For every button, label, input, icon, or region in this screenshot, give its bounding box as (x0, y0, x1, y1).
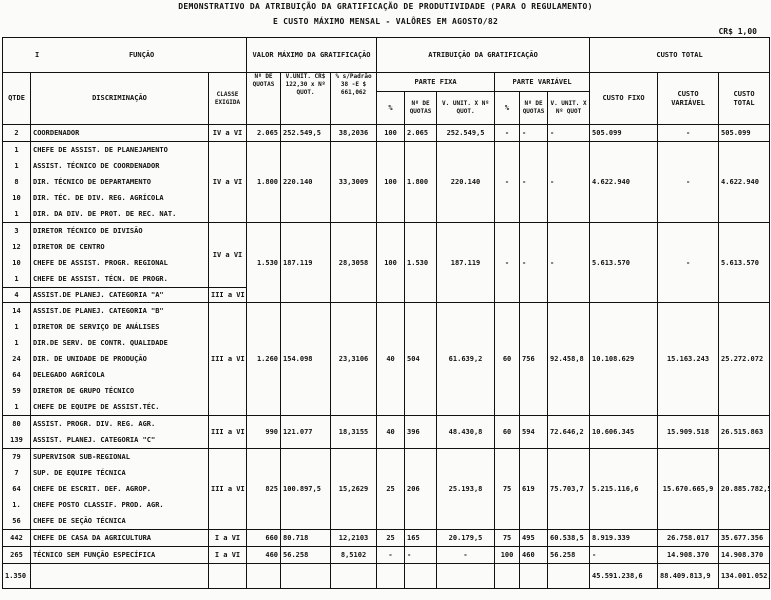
document-subtitle: E CUSTO MÁXIMO MENSAL - VALÔRES EM AGOST… (0, 17, 771, 26)
discriminacao-cell: CHEFE DE ASSIST. DE PLANEJAMENTOASSIST. … (31, 142, 209, 223)
qtde-value: 79 (5, 449, 28, 465)
header-pf-vunit: V. UNIT. X Nº QUOT. (437, 92, 495, 125)
table-header: I FUNÇÃO VALOR MÁXIMO DA GRATIFICAÇÃO AT… (3, 38, 770, 125)
pf-vunit-cell: 252.549,5 (437, 125, 495, 142)
pv-pct-cell: 100 (495, 547, 520, 564)
pct-cell: 33,3009 (331, 142, 377, 223)
discriminacao-cell: TÉCNICO SEM FUNÇÃO ESPECÍFICA (31, 547, 209, 564)
total-qtde: 1.350 (3, 564, 31, 589)
custo-fixo-cell: 5.613.570 (590, 223, 658, 303)
function-name: DIR. DA DIV. DE PROT. DE REC. NAT. (33, 206, 206, 222)
header-funcao-label: FUNÇÃO (129, 51, 154, 59)
header-discriminacao: DISCRIMINAÇÃO (31, 73, 209, 125)
discriminacao-cell: CHEFE DE CASA DA AGRICULTURA (31, 530, 209, 547)
empty-cell (331, 564, 377, 589)
function-name: SUPERVISOR SUB-REGIONAL (33, 449, 206, 465)
function-name: DIRETOR DE CENTRO (33, 239, 206, 255)
table-row: 14112464591ASSIST.DE PLANEJ. CATEGORIA "… (3, 303, 770, 416)
document-title: DEMONSTRATIVO DA ATRIBUIÇÃO DA GRATIFICA… (0, 2, 771, 11)
sub-classe-cell: III a VI (209, 288, 247, 303)
pf-pct-cell: 100 (377, 223, 405, 303)
function-name: DIR. DE UNIDADE DE PRODUÇÃO (33, 351, 206, 367)
pv-vunit-cell: 92.458,8 (548, 303, 590, 416)
header-n-quotas: Nº DE QUOTAS (247, 73, 281, 125)
qtde-value: 80 (5, 416, 28, 432)
vunit-cell: 56.258 (281, 547, 331, 564)
custo-var-cell: - (658, 223, 719, 303)
custo-total-cell: 5.613.570 (719, 223, 770, 303)
header-pf-pct: % (377, 92, 405, 125)
pf-pct-cell: 25 (377, 449, 405, 530)
pf-vunit-cell: 61.639,2 (437, 303, 495, 416)
table-row: 80139ASSIST. PROGR. DIV. REG. AGR.ASSIST… (3, 416, 770, 449)
qtde-value: 3 (5, 223, 28, 239)
totals-row: 1.35045.591.238,688.409.813,9134.001.052… (3, 564, 770, 589)
pct-cell: 8,5102 (331, 547, 377, 564)
pf-quotas-cell: 206 (405, 449, 437, 530)
empty-cell (31, 564, 209, 589)
pv-quotas-cell: - (520, 142, 548, 223)
pct-cell: 12,2103 (331, 530, 377, 547)
pf-quotas-cell: 1.530 (405, 223, 437, 303)
pv-vunit-cell: 56.258 (548, 547, 590, 564)
custo-total-cell: 25.272.072 (719, 303, 770, 416)
function-name: DIR.DE SERV. DE CONTR. QUALIDADE (33, 335, 206, 351)
vunit-cell: 121.077 (281, 416, 331, 449)
function-name: ASSIST. TÉCNICO DE COORDENADOR (33, 158, 206, 174)
vunit-cell: 220.140 (281, 142, 331, 223)
header-pct-padrao: % s/Padrão 38 -E $ 661,062 (331, 73, 377, 125)
header-custo-total: CUSTO TOTAL (719, 73, 770, 125)
qtde-cell: 312101 (3, 223, 31, 288)
pct-cell: 28,3058 (331, 223, 377, 303)
table-row: 797641.56SUPERVISOR SUB-REGIONALSUP. DE … (3, 449, 770, 530)
pf-vunit-cell: 187.119 (437, 223, 495, 303)
custo-total-cell: 26.515.863 (719, 416, 770, 449)
function-name: DIR. TÉC. DE DIV. REG. AGRÍCOLA (33, 190, 206, 206)
qtde-value: 7 (5, 465, 28, 481)
function-name: DIR. TÉCNICO DE DEPARTAMENTO (33, 174, 206, 190)
function-name: CHEFE DE ASSIST. PROGR. REGIONAL (33, 255, 206, 271)
qtde-value: 1 (5, 319, 28, 335)
pct-cell: 38,2036 (331, 125, 377, 142)
custo-var-cell: 26.758.017 (658, 530, 719, 547)
vunit-cell: 187.119 (281, 223, 331, 303)
qtde-value: 12 (5, 239, 28, 255)
pf-pct-cell: 40 (377, 303, 405, 416)
header-classe: CLASSE EXIGIDA (209, 73, 247, 125)
custo-var-cell: 14.908.370 (658, 547, 719, 564)
qtde-value: 56 (5, 513, 28, 529)
quotas-cell: 1.800 (247, 142, 281, 223)
custo-var-cell: - (658, 142, 719, 223)
qtde-cell: 80139 (3, 416, 31, 449)
qtde-cell: 2 (3, 125, 31, 142)
header-atribuicao: ATRIBUIÇÃO DA GRATIFICAÇÃO (377, 38, 590, 73)
header-v-unit: V.UNIT. CR$ 122,30 x Nº QUOT. (281, 73, 331, 125)
custo-var-cell: - (658, 125, 719, 142)
function-name: CHEFE DE EQUIPE DE ASSIST.TÉC. (33, 399, 206, 415)
custo-var-cell: 15.163.243 (658, 303, 719, 416)
pf-vunit-cell: 20.179,5 (437, 530, 495, 547)
quotas-cell: 1.260 (247, 303, 281, 416)
custo-total-cell: 505.099 (719, 125, 770, 142)
custo-fixo-cell: 8.919.339 (590, 530, 658, 547)
function-name: CHEFE DE ASSIST. DE PLANEJAMENTO (33, 142, 206, 158)
pct-cell: 18,3155 (331, 416, 377, 449)
discriminacao-cell: ASSIST. PROGR. DIV. REG. AGR.ASSIST. PLA… (31, 416, 209, 449)
function-name: CHEFE POSTO CLASSIF. PROD. AGR. (33, 497, 206, 513)
pv-vunit-cell: 75.703,7 (548, 449, 590, 530)
custo-total-cell: 14.908.370 (719, 547, 770, 564)
function-name: SUP. DE EQUIPE TÉCNICA (33, 465, 206, 481)
empty-cell (281, 564, 331, 589)
function-name: DELEGADO AGRÍCOLA (33, 367, 206, 383)
header-valor-maximo: VALOR MÁXIMO DA GRATIFICAÇÃO (247, 38, 377, 73)
pf-pct-cell: 100 (377, 142, 405, 223)
pv-vunit-cell: 72.646,2 (548, 416, 590, 449)
qtde-value: 10 (5, 190, 28, 206)
qtde-cell: 265 (3, 547, 31, 564)
vunit-cell: 154.098 (281, 303, 331, 416)
qtde-value: 14 (5, 303, 28, 319)
classe-cell: III a VI (209, 303, 247, 416)
pv-vunit-cell: - (548, 125, 590, 142)
custo-fixo-cell: - (590, 547, 658, 564)
total-custo-fixo: 45.591.238,6 (590, 564, 658, 589)
quotas-cell: 825 (247, 449, 281, 530)
total-custo-total: 134.001.052,5 (719, 564, 770, 589)
table-body: 2COORDENADORIV a VI2.065252.549,538,2036… (3, 125, 770, 589)
sub-qtde-cell: 4 (3, 288, 31, 303)
qtde-value: 24 (5, 351, 28, 367)
pf-quotas-cell: - (405, 547, 437, 564)
pv-pct-cell: - (495, 142, 520, 223)
custo-total-cell: 35.677.356 (719, 530, 770, 547)
classe-cell: III a VI (209, 416, 247, 449)
discriminacao-cell: SUPERVISOR SUB-REGIONALSUP. DE EQUIPE TÉ… (31, 449, 209, 530)
pv-pct-cell: 60 (495, 303, 520, 416)
custo-total-cell: 4.622.940 (719, 142, 770, 223)
qtde-value: 2 (5, 125, 28, 141)
currency-unit: CR$ 1,00 (718, 27, 757, 36)
pv-quotas-cell: - (520, 125, 548, 142)
pv-quotas-cell: 460 (520, 547, 548, 564)
table-row: 118101CHEFE DE ASSIST. DE PLANEJAMENTOAS… (3, 142, 770, 223)
quotas-cell: 990 (247, 416, 281, 449)
pf-quotas-cell: 504 (405, 303, 437, 416)
function-name: CHEFE DE CASA DA AGRICULTURA (33, 530, 206, 546)
qtde-value: 1 (5, 399, 28, 415)
pf-pct-cell: 40 (377, 416, 405, 449)
table-row: 2COORDENADORIV a VI2.065252.549,538,2036… (3, 125, 770, 142)
empty-cell (437, 564, 495, 589)
classe-cell: I a VI (209, 530, 247, 547)
sub-disc-cell: ASSIST.DE PLANEJ. CATEGORIA "A" (31, 288, 209, 303)
gratification-table: I FUNÇÃO VALOR MÁXIMO DA GRATIFICAÇÃO AT… (2, 37, 770, 589)
header-pv-pct: % (495, 92, 520, 125)
header-parte-fixa: PARTE FIXA (377, 73, 495, 92)
qtde-cell: 797641.56 (3, 449, 31, 530)
qtde-value: 265 (5, 547, 28, 563)
qtde-value: 10 (5, 255, 28, 271)
pv-pct-cell: - (495, 223, 520, 303)
qtde-value: 442 (5, 530, 28, 546)
qtde-value: 1 (5, 158, 28, 174)
pf-vunit-cell: 48.430,8 (437, 416, 495, 449)
pf-quotas-cell: 1.800 (405, 142, 437, 223)
pv-pct-cell: 75 (495, 530, 520, 547)
custo-var-cell: 15.670.665,9 (658, 449, 719, 530)
pv-quotas-cell: 594 (520, 416, 548, 449)
quotas-cell: 660 (247, 530, 281, 547)
classe-cell: IV a VI (209, 125, 247, 142)
function-name: DIRETOR TÉCNICO DE DIVISÃO (33, 223, 206, 239)
function-name: DIRETOR DE GRUPO TÉCNICO (33, 383, 206, 399)
empty-cell (405, 564, 437, 589)
classe-cell: I a VI (209, 547, 247, 564)
pf-vunit-cell: 25.193,8 (437, 449, 495, 530)
pv-pct-cell: - (495, 125, 520, 142)
custo-fixo-cell: 5.215.116,6 (590, 449, 658, 530)
total-custo-variavel: 88.409.813,9 (658, 564, 719, 589)
qtde-value: 8 (5, 174, 28, 190)
qtde-value: 139 (5, 432, 28, 448)
pv-quotas-cell: 756 (520, 303, 548, 416)
qtde-value: 1 (5, 335, 28, 351)
pf-pct-cell: 100 (377, 125, 405, 142)
custo-total-cell: 20.885.782,5 (719, 449, 770, 530)
pf-pct-cell: 25 (377, 530, 405, 547)
pf-quotas-cell: 2.065 (405, 125, 437, 142)
qtde-value: 1. (5, 497, 28, 513)
header-mark: I (35, 51, 39, 60)
function-name: DIRETOR DE SERVIÇO DE ANÁLISES (33, 319, 206, 335)
function-name: ASSIST. PROGR. DIV. REG. AGR. (33, 416, 206, 432)
qtde-cell: 14112464591 (3, 303, 31, 416)
vunit-cell: 252.549,5 (281, 125, 331, 142)
discriminacao-cell: COORDENADOR (31, 125, 209, 142)
function-name: ASSIST. PLANEJ. CATEGORIA "C" (33, 432, 206, 448)
pv-quotas-cell: 619 (520, 449, 548, 530)
pv-vunit-cell: - (548, 223, 590, 303)
quotas-cell: 1.530 (247, 223, 281, 303)
custo-fixo-cell: 4.622.940 (590, 142, 658, 223)
function-name: TÉCNICO SEM FUNÇÃO ESPECÍFICA (33, 547, 206, 563)
pv-quotas-cell: - (520, 223, 548, 303)
custo-var-cell: 15.909.518 (658, 416, 719, 449)
pv-pct-cell: 60 (495, 416, 520, 449)
qtde-value: 1 (5, 206, 28, 222)
pf-quotas-cell: 165 (405, 530, 437, 547)
qtde-cell: 118101 (3, 142, 31, 223)
quotas-cell: 460 (247, 547, 281, 564)
table-row: 312101DIRETOR TÉCNICO DE DIVISÃODIRETOR … (3, 223, 770, 288)
pf-pct-cell: - (377, 547, 405, 564)
header-custo-fixo: CUSTO FIXO (590, 73, 658, 125)
header-pf-quotas: Nº DE QUOTAS (405, 92, 437, 125)
pv-quotas-cell: 495 (520, 530, 548, 547)
empty-cell (377, 564, 405, 589)
empty-cell (520, 564, 548, 589)
discriminacao-cell: DIRETOR TÉCNICO DE DIVISÃODIRETOR DE CEN… (31, 223, 209, 288)
table-row: 265TÉCNICO SEM FUNÇÃO ESPECÍFICAI a VI46… (3, 547, 770, 564)
header-qtde: QTDE (3, 73, 31, 125)
function-name: CHEFE DE ASSIST. TÉCN. DE PROGR. (33, 271, 206, 287)
discriminacao-cell: ASSIST.DE PLANEJ. CATEGORIA "B"DIRETOR D… (31, 303, 209, 416)
empty-cell (495, 564, 520, 589)
pv-pct-cell: 75 (495, 449, 520, 530)
table-row: 442CHEFE DE CASA DA AGRICULTURAI a VI660… (3, 530, 770, 547)
empty-cell (209, 564, 247, 589)
pf-vunit-cell: 220.140 (437, 142, 495, 223)
pf-vunit-cell: - (437, 547, 495, 564)
quotas-cell: 2.065 (247, 125, 281, 142)
function-name: CHEFE DE ESCRIT. DEF. AGROP. (33, 481, 206, 497)
qtde-value: 59 (5, 383, 28, 399)
pf-quotas-cell: 396 (405, 416, 437, 449)
header-funcao: I FUNÇÃO (3, 38, 247, 73)
header-custo-variavel: CUSTO VARIÁVEL (658, 73, 719, 125)
header-parte-variavel: PARTE VARIÁVEL (495, 73, 590, 92)
qtde-cell: 442 (3, 530, 31, 547)
function-name: COORDENADOR (33, 125, 206, 141)
pv-vunit-cell: 60.538,5 (548, 530, 590, 547)
qtde-value: 1 (5, 142, 28, 158)
pct-cell: 15,2629 (331, 449, 377, 530)
function-name: ASSIST.DE PLANEJ. CATEGORIA "B" (33, 303, 206, 319)
header-pv-quotas: Nº DE QUOTAS (520, 92, 548, 125)
pv-vunit-cell: - (548, 142, 590, 223)
classe-cell: IV a VI (209, 223, 247, 288)
qtde-value: 1 (5, 271, 28, 287)
qtde-value: 64 (5, 481, 28, 497)
empty-cell (247, 564, 281, 589)
classe-cell: III a VI (209, 449, 247, 530)
custo-fixo-cell: 10.606.345 (590, 416, 658, 449)
header-pv-vunit: V. UNIT. X Nº QUOT (548, 92, 590, 125)
function-name: CHEFE DE SEÇÃO TÉCNICA (33, 513, 206, 529)
pct-cell: 23,3106 (331, 303, 377, 416)
custo-fixo-cell: 10.108.629 (590, 303, 658, 416)
vunit-cell: 80.718 (281, 530, 331, 547)
classe-cell: IV a VI (209, 142, 247, 223)
custo-fixo-cell: 505.099 (590, 125, 658, 142)
qtde-value: 64 (5, 367, 28, 383)
empty-cell (548, 564, 590, 589)
vunit-cell: 100.897,5 (281, 449, 331, 530)
header-custo-total-group: CUSTO TOTAL (590, 38, 770, 73)
